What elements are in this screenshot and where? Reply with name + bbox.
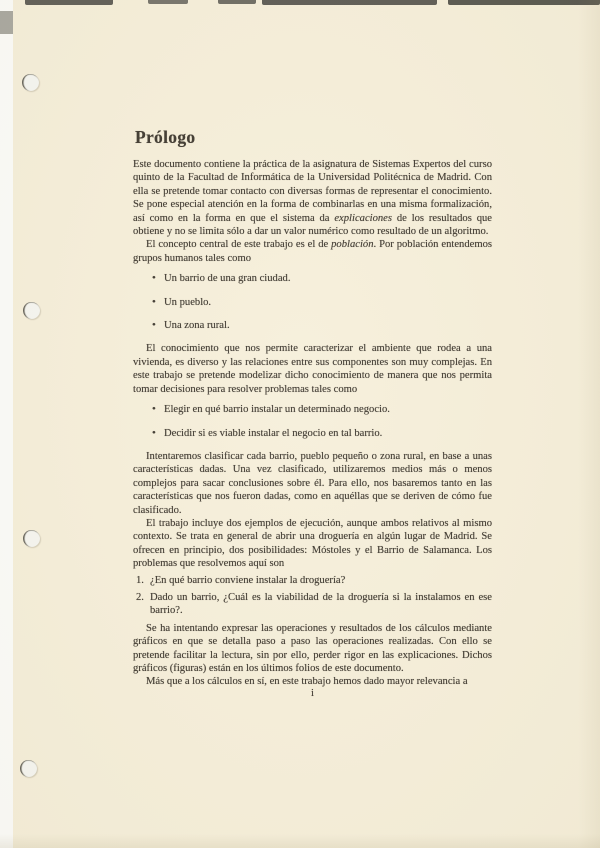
numbered-list: 1.¿En qué barrio conviene instalar la dr… [133,574,492,618]
paragraph: El conocimiento que nos permite caracter… [133,342,492,396]
bullet-item: Elegir en qué barrio instalar un determi… [133,403,492,416]
punch-hole [20,760,37,777]
paragraph: El concepto central de este trabajo es e… [133,238,492,265]
scanner-edge-artifact [148,0,188,4]
text-run: Se ha intentando expresar las operacione… [133,623,492,674]
paragraph: Se ha intentando expresar las operacione… [133,622,492,676]
paragraph: Más que a los cálculos en sí, en este tr… [133,675,492,688]
scanner-edge-artifact [448,0,600,5]
punch-hole [23,302,40,319]
paragraph: El trabajo incluye dos ejemplos de ejecu… [133,517,492,571]
scanner-edge-artifact [262,0,437,5]
item-number: 2. [136,591,144,604]
text-run: Dado un barrio, ¿Cuál es la viabilidad d… [150,592,492,616]
page-number: i [133,688,492,699]
bullet-list: Elegir en qué barrio instalar un determi… [133,403,492,440]
bullet-item: Una zona rural. [133,319,492,332]
scanned-page: PrólogoEste documento contiene la prácti… [0,0,600,848]
text-run: El conocimiento que nos permite caracter… [133,343,492,394]
scanner-edge-artifact [218,0,256,4]
document-content: PrólogoEste documento contiene la prácti… [133,126,492,689]
numbered-item: 1.¿En qué barrio conviene instalar la dr… [133,574,492,587]
bullet-item: Decidir si es viable instalar el negocio… [133,427,492,440]
text-run: ¿En qué barrio conviene instalar la drog… [150,575,345,586]
bullet-list: Un barrio de una gran ciudad.Un pueblo.U… [133,272,492,332]
emphasized-text-run: explicaciones [334,213,392,224]
scan-margin-strip [0,0,13,848]
text-run: El trabajo incluye dos ejemplos de ejecu… [133,518,492,569]
paragraph: Intentaremos clasificar cada barrio, pue… [133,450,492,517]
bullet-item: Un barrio de una gran ciudad. [133,272,492,285]
paragraph: Este documento contiene la práctica de l… [133,158,492,238]
punch-hole [22,74,39,91]
item-number: 1. [136,574,144,587]
bullet-item: Un pueblo. [133,296,492,309]
numbered-item: 2.Dado un barrio, ¿Cuál es la viabilidad… [133,591,492,618]
text-run: El concepto central de este trabajo es e… [146,239,331,250]
text-run: Intentaremos clasificar cada barrio, pue… [133,451,492,516]
scan-artifact [0,11,13,34]
punch-hole [23,530,40,547]
text-run: Más que a los cálculos en sí, en este tr… [146,676,468,687]
emphasized-text-run: población [331,239,373,250]
document-title: Prólogo [135,126,492,148]
scanner-edge-artifact [25,0,113,5]
